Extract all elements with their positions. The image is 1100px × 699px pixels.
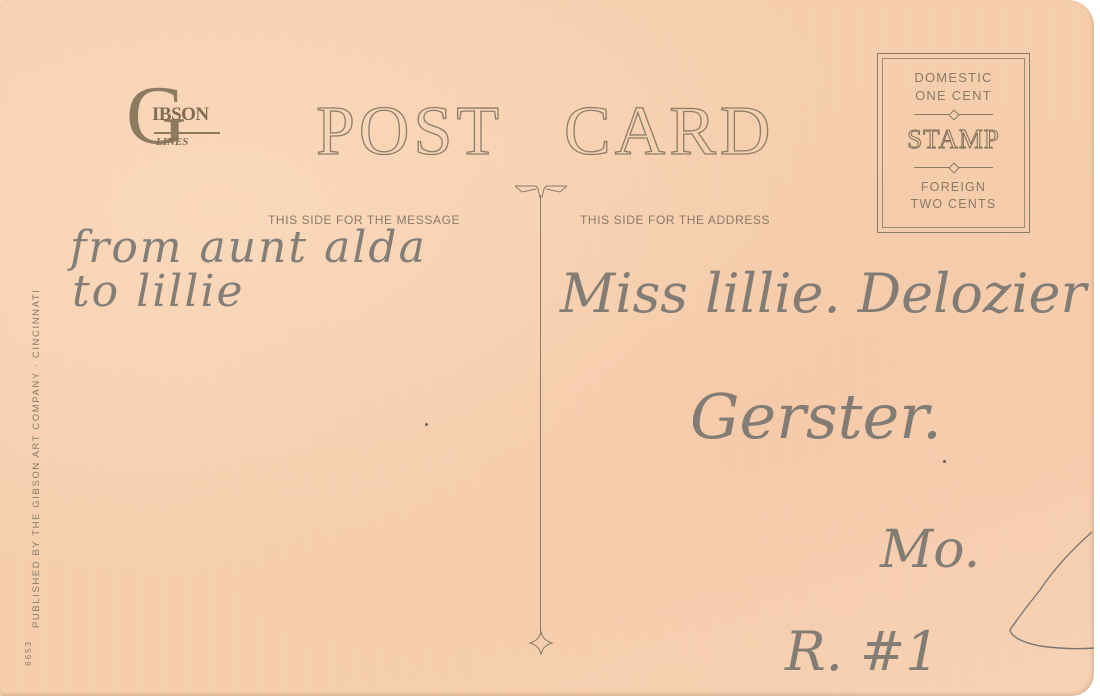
- divider-top-ornament-icon: [514, 184, 568, 198]
- logo-name: IBSON: [152, 104, 209, 126]
- gibson-lines-logo: G IBSON LINES: [126, 82, 222, 168]
- postcard-back: G IBSON LINES POST CARD DOMESTIC ONE CEN…: [0, 0, 1094, 696]
- stamp-box: DOMESTIC ONE CENT STAMP FOREIGN TWO CENT…: [877, 53, 1030, 233]
- stamp-one-cent: ONE CENT: [878, 88, 1029, 103]
- handwritten-message-line-2: to lillie: [72, 266, 245, 317]
- handwritten-town: Gerster.: [690, 380, 942, 453]
- logo-sub: LINES: [156, 136, 188, 148]
- stamp-word: STAMP: [878, 124, 1029, 155]
- paper-speck: [425, 423, 428, 426]
- ornament-divider-bottom: [914, 167, 993, 168]
- center-divider-line: [540, 195, 541, 635]
- handwritten-state: Mo.: [880, 520, 980, 580]
- publisher-credit: PUBLISHED BY THE GIBSON ART COMPANY · CI…: [31, 288, 42, 628]
- catalog-number: 6653: [24, 640, 33, 666]
- stamp-domestic: DOMESTIC: [878, 70, 1029, 85]
- handwritten-recipient-name: Miss lillie. Delozier: [560, 262, 1086, 325]
- title-post: POST: [316, 92, 503, 172]
- handwritten-route: R. #1: [785, 620, 940, 683]
- logo-rule: [154, 132, 220, 134]
- stamp-two-cents: TWO CENTS: [878, 197, 1029, 211]
- ornament-divider-top: [914, 114, 993, 115]
- address-side-label: THIS SIDE FOR THE ADDRESS: [580, 213, 770, 227]
- stamp-foreign: FOREIGN: [878, 180, 1029, 194]
- title-card: CARD: [564, 92, 774, 172]
- pencil-stroke-mark-icon: [1000, 530, 1096, 650]
- divider-bottom-diamond-icon: [528, 630, 554, 656]
- paper-speck: [943, 460, 946, 463]
